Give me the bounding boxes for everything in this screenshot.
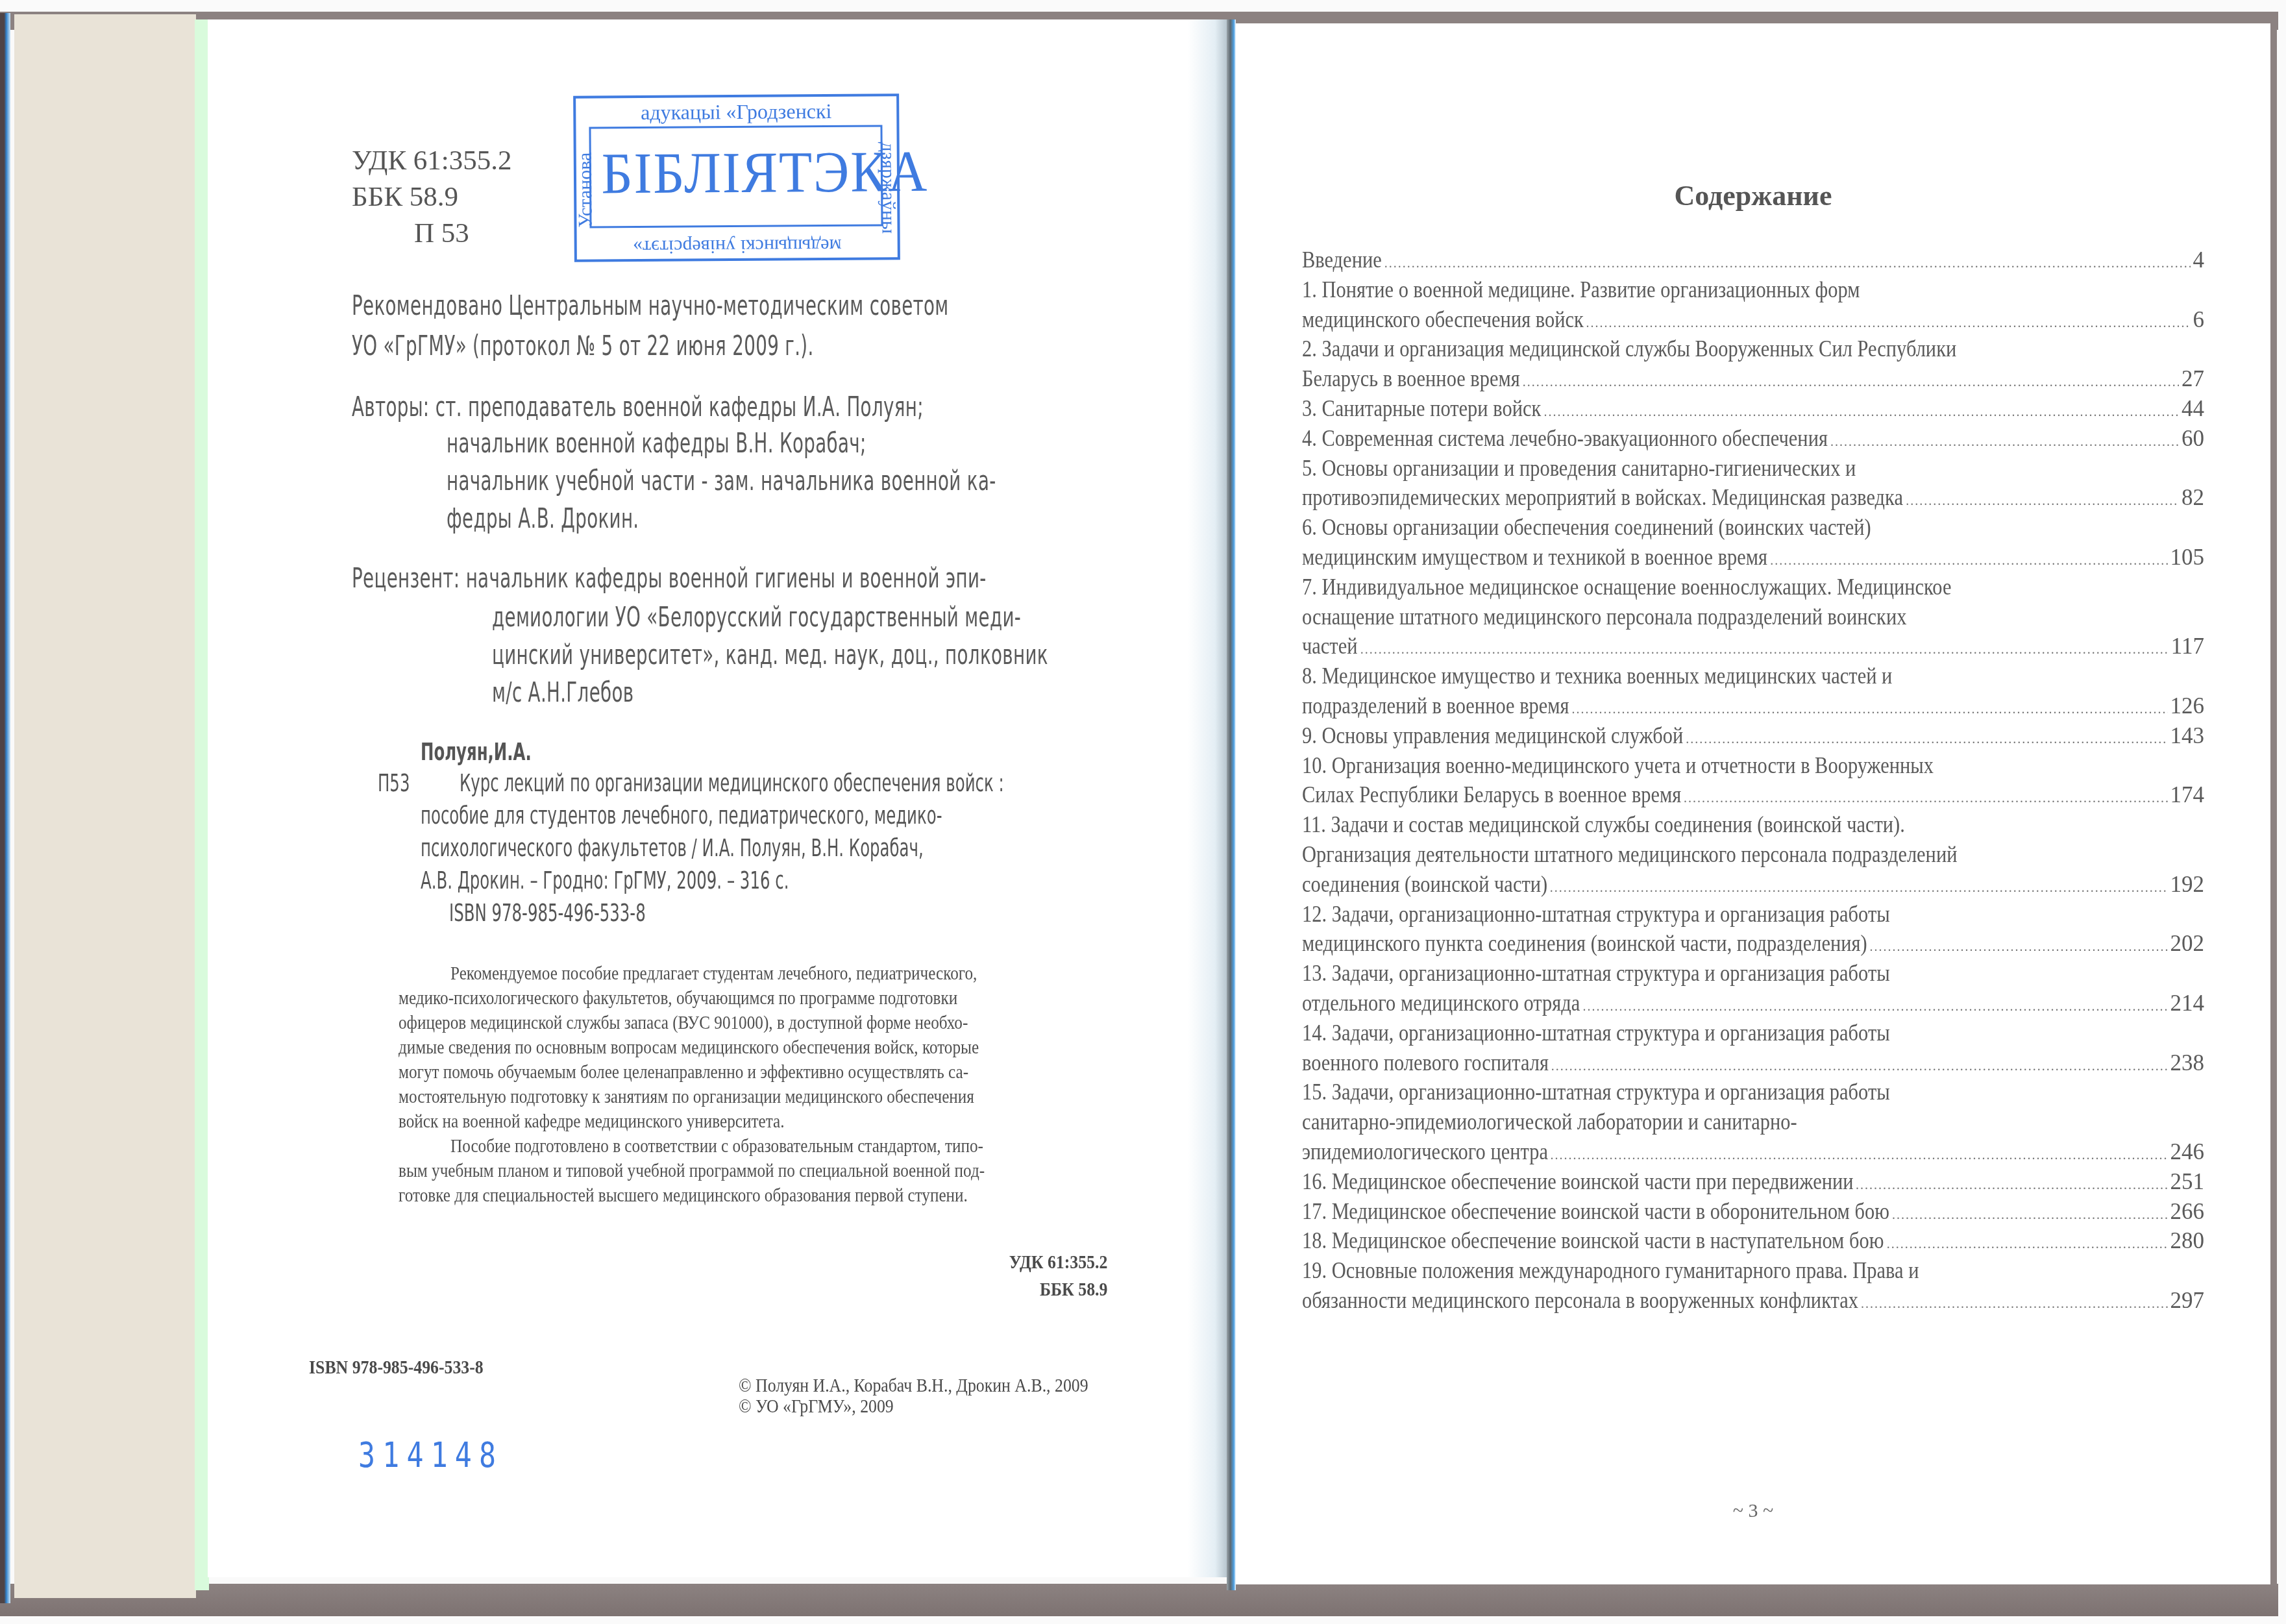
book-cover-spine bbox=[0, 13, 10, 1603]
toc-leader-dots bbox=[1861, 1297, 2168, 1312]
toc-entry: 4. Современная система лечебно-эвакуацио… bbox=[1302, 426, 2204, 456]
reviewer-line: м/с А.Н.Глебов bbox=[492, 672, 633, 713]
toc-entry: 7. Индивидуальное медицинское оснащение … bbox=[1302, 574, 2204, 663]
bottom-bbk: ББК 58.9 bbox=[1040, 1279, 1107, 1301]
book-spine bbox=[1227, 19, 1236, 1590]
toc-entry-text: 10. Организация военно-медицинского учет… bbox=[1302, 753, 1934, 779]
toc-entry-text: 4. Современная система лечебно-эвакуацио… bbox=[1302, 426, 1828, 452]
toc-page-number: 126 bbox=[2170, 693, 2205, 719]
toc-entry-text: 19. Основные положения международного гу… bbox=[1302, 1258, 1919, 1284]
reviewer-line: демиологии УО «Белорусский государственн… bbox=[492, 597, 1021, 637]
toc-leader-dots bbox=[1869, 940, 2167, 955]
toc-entry-text: военного полевого госпиталя bbox=[1302, 1050, 1549, 1076]
scanner-shadow-bottom bbox=[0, 1584, 2278, 1616]
authors-line: начальник учебной части - зам. начальник… bbox=[447, 461, 996, 501]
stamp-top-text: адукацыі «Гродзенскі bbox=[576, 99, 896, 125]
bib-line: психологического факультетов / И.А. Полу… bbox=[421, 831, 924, 866]
toc-line: соединения (воинской части)192 bbox=[1302, 872, 2204, 902]
toc-page-number: 266 bbox=[2170, 1199, 2205, 1225]
abstract-line: мостоятельную подготовку к занятиям по о… bbox=[399, 1084, 974, 1109]
toc-entry-text: Беларусь в военное время bbox=[1302, 366, 1520, 392]
bib-mark: П53 bbox=[378, 766, 410, 801]
bib-line: Курс лекций по организации медицинского … bbox=[460, 766, 1004, 801]
toc-page-number: 117 bbox=[2171, 634, 2204, 659]
toc-line: 15. Задачи, организационно-штатная струк… bbox=[1302, 1079, 2204, 1109]
toc-entry-text: санитарно-эпидемиологической лаборатории… bbox=[1302, 1109, 1797, 1135]
toc-entry-text: 14. Задачи, организационно-штатная струк… bbox=[1302, 1020, 1890, 1046]
toc-entry-text: 7. Индивидуальное медицинское оснащение … bbox=[1302, 574, 1951, 600]
bib-isbn: ISBN 978-985-496-533-8 bbox=[449, 896, 646, 931]
toc-entry-text: соединения (воинской части) bbox=[1302, 872, 1547, 898]
toc-entry-text: 1. Понятие о военной медицине. Развитие … bbox=[1302, 277, 1860, 303]
scanner-shadow-right bbox=[2270, 12, 2277, 1595]
toc-leader-dots bbox=[1572, 702, 2168, 717]
abstract-line: вым учебным планом и типовой учебной про… bbox=[399, 1158, 985, 1183]
toc-entry-text: 11. Задачи и состав медицинской службы с… bbox=[1302, 812, 1905, 838]
abstract-line: офицеров медицинской службы запаса (ВУС … bbox=[399, 1010, 968, 1035]
toc-page-number: 60 bbox=[2182, 426, 2204, 452]
toc-entry-text: 18. Медицинское обеспечение воинской час… bbox=[1302, 1228, 1884, 1254]
toc-leader-dots bbox=[1550, 881, 2168, 896]
toc-line: 19. Основные положения международного гу… bbox=[1302, 1258, 2204, 1288]
toc-line: 8. Медицинское имущество и техника военн… bbox=[1302, 663, 2204, 693]
abstract-line: Пособие подготовлено в соответствии с об… bbox=[450, 1133, 983, 1159]
toc-leader-dots bbox=[1551, 1148, 2168, 1163]
toc-entry-text: Введение bbox=[1302, 247, 1382, 273]
toc-title: Содержание bbox=[1236, 179, 2270, 212]
stamp-inner-frame: БІБЛІЯТЭКА bbox=[589, 125, 883, 228]
toc-line: отдельного медицинского отряда214 bbox=[1302, 990, 2204, 1020]
recommendation-line: Рекомендовано Центральным научно-методич… bbox=[352, 286, 949, 326]
reviewer-line: цинский университет», канд. мед. наук, д… bbox=[492, 635, 1048, 675]
toc-entry: 18. Медицинское обеспечение воинской час… bbox=[1302, 1228, 2204, 1258]
reviewer-line: Рецензент: начальник кафедры военной гиг… bbox=[352, 558, 987, 598]
toc-line: Введение4 bbox=[1302, 247, 2204, 277]
toc-leader-dots bbox=[1583, 1000, 2168, 1015]
toc-entry-text: медицинского пункта соединения (воинской… bbox=[1302, 931, 1867, 957]
bib-line: пособие для студентов лечебного, педиатр… bbox=[421, 798, 942, 833]
toc-line: медицинского пункта соединения (воинской… bbox=[1302, 931, 2204, 961]
library-stamp: адукацыі «Гродзенскі БІБЛІЯТЭКА Установа… bbox=[573, 93, 900, 262]
bib-author-heading: Полуян,И.А. bbox=[421, 735, 532, 770]
stamp-bottom-text: медыцынскі універсітэт» bbox=[577, 234, 898, 258]
toc-entry-text: 17. Медицинское обеспечение воинской час… bbox=[1302, 1199, 1889, 1225]
toc-leader-dots bbox=[1586, 316, 2190, 331]
toc-line: 9. Основы управления медицинской службой… bbox=[1302, 723, 2204, 753]
abstract-line: войск на военной кафедре медицинского ун… bbox=[399, 1109, 785, 1134]
toc-entry: Введение4 bbox=[1302, 247, 2204, 277]
toc-line: 11. Задачи и состав медицинской службы с… bbox=[1302, 812, 2204, 842]
abstract-line: готовке для специальностей высшего медиц… bbox=[399, 1183, 968, 1208]
toc-page-number: 174 bbox=[2170, 782, 2205, 808]
toc-line: санитарно-эпидемиологической лаборатории… bbox=[1302, 1109, 2204, 1139]
toc-line: медицинским имуществом и техникой в воен… bbox=[1302, 545, 2204, 574]
toc-entry: 9. Основы управления медицинской службой… bbox=[1302, 723, 2204, 753]
toc-line: 14. Задачи, организационно-штатная струк… bbox=[1302, 1020, 2204, 1050]
toc-entry: 19. Основные положения международного гу… bbox=[1302, 1258, 2204, 1318]
toc-leader-dots bbox=[1384, 256, 2191, 271]
toc-leader-dots bbox=[1544, 405, 2179, 420]
author-mark: П 53 bbox=[414, 215, 469, 252]
toc-line: медицинского обеспечения войск6 bbox=[1302, 307, 2204, 337]
toc-line: 4. Современная система лечебно-эвакуацио… bbox=[1302, 426, 2204, 456]
toc-leader-dots bbox=[1887, 1237, 2168, 1252]
bib-line: А.В. Дрокин. – Гродно: ГрГМУ, 2009. – 31… bbox=[421, 863, 789, 898]
toc-page-number: 246 bbox=[2170, 1139, 2205, 1165]
copyright-line: © Полуян И.А., Корабач В.Н., Дрокин А.В.… bbox=[739, 1375, 1088, 1397]
toc-entry: 15. Задачи, организационно-штатная струк… bbox=[1302, 1079, 2204, 1168]
toc-line: эпидемиологического центра246 bbox=[1302, 1139, 2204, 1169]
copyright-line: © УО «ГрГМУ», 2009 bbox=[739, 1396, 894, 1418]
toc-entry: 11. Задачи и состав медицинской службы с… bbox=[1302, 812, 2204, 901]
toc-entry: 5. Основы организации и проведения санит… bbox=[1302, 456, 2204, 515]
toc-entry-text: 16. Медицинское обеспечение воинской час… bbox=[1302, 1169, 1854, 1195]
toc-page-number: 27 bbox=[2182, 366, 2204, 392]
toc-leader-dots bbox=[1360, 643, 2169, 658]
abstract-line: могут помочь обучаемым более целенаправл… bbox=[399, 1059, 968, 1085]
toc-line: 2. Задачи и организация медицинской служ… bbox=[1302, 336, 2204, 366]
toc-entry-text: 5. Основы организации и проведения санит… bbox=[1302, 456, 1856, 482]
toc-line: 16. Медицинское обеспечение воинской час… bbox=[1302, 1169, 2204, 1199]
toc-leader-dots bbox=[1856, 1178, 2167, 1193]
toc-page-number: 280 bbox=[2170, 1228, 2205, 1254]
toc-entry-text: медицинским имуществом и техникой в воен… bbox=[1302, 545, 1767, 571]
toc-leader-dots bbox=[1686, 732, 2167, 747]
abstract-line: димые сведения по основным вопросам меди… bbox=[399, 1035, 979, 1060]
toc-line: 5. Основы организации и проведения санит… bbox=[1302, 456, 2204, 486]
toc-page-number: 6 bbox=[2193, 307, 2205, 333]
toc-page-number: 238 bbox=[2170, 1050, 2205, 1076]
abstract-line: медико-психологического факультетов, обу… bbox=[399, 985, 957, 1011]
toc-leader-dots bbox=[1770, 554, 2167, 569]
toc-line: 17. Медицинское обеспечение воинской час… bbox=[1302, 1199, 2204, 1229]
toc-page-number: 202 bbox=[2170, 931, 2205, 957]
toc-entry: 3. Санитарные потери войск44 bbox=[1302, 396, 2204, 426]
toc-entry-text: 15. Задачи, организационно-штатная струк… bbox=[1302, 1079, 1890, 1105]
toc-line: частей117 bbox=[1302, 634, 2204, 663]
toc-page-number: 297 bbox=[2170, 1288, 2205, 1314]
toc-page-number: 214 bbox=[2170, 990, 2205, 1016]
toc-page-number: 44 bbox=[2182, 396, 2204, 422]
bottom-isbn: ISBN 978-985-496-533-8 bbox=[309, 1357, 484, 1379]
toc-entry: 14. Задачи, организационно-штатная струк… bbox=[1302, 1020, 2204, 1080]
toc-line: 1. Понятие о военной медицине. Развитие … bbox=[1302, 277, 2204, 307]
toc-line: 7. Индивидуальное медицинское оснащение … bbox=[1302, 574, 2204, 604]
toc-line: подразделений в военное время126 bbox=[1302, 693, 2204, 723]
toc-entry: 12. Задачи, организационно-штатная струк… bbox=[1302, 902, 2204, 961]
stamp-title: БІБЛІЯТЭКА bbox=[601, 139, 870, 208]
toc-line: 18. Медицинское обеспечение воинской час… bbox=[1302, 1228, 2204, 1258]
toc-entry-text: отдельного медицинского отряда bbox=[1302, 990, 1580, 1016]
toc-entry-text: 8. Медицинское имущество и техника военн… bbox=[1302, 663, 1892, 689]
flyleaf-edge bbox=[195, 19, 209, 1590]
toc-line: противоэпидемических мероприятий в войск… bbox=[1302, 485, 2204, 515]
toc-entry-text: частей bbox=[1302, 634, 1357, 659]
toc-line: военного полевого госпиталя238 bbox=[1302, 1050, 2204, 1080]
right-page: Содержание Введение41. Понятие о военной… bbox=[1236, 23, 2270, 1584]
authors-line: Авторы: ст. преподаватель военной кафедр… bbox=[352, 387, 924, 427]
toc-line: 10. Организация военно-медицинского учет… bbox=[1302, 753, 2204, 783]
toc-entry: 2. Задачи и организация медицинской служ… bbox=[1302, 336, 2204, 396]
toc-entry-text: эпидемиологического центра bbox=[1302, 1139, 1548, 1165]
toc-entry-text: 6. Основы организации обеспечения соедин… bbox=[1302, 515, 1871, 541]
toc-leader-dots bbox=[1684, 791, 2168, 806]
toc-leader-dots bbox=[1906, 494, 2179, 509]
toc-line: Силах Республики Беларусь в военное врем… bbox=[1302, 782, 2204, 812]
toc-leader-dots bbox=[1830, 435, 2179, 450]
toc-line: 3. Санитарные потери войск44 bbox=[1302, 396, 2204, 426]
toc-entry-text: 9. Основы управления медицинской службой bbox=[1302, 723, 1683, 749]
toc-entry-text: 13. Задачи, организационно-штатная струк… bbox=[1302, 961, 1890, 987]
toc-entry: 8. Медицинское имущество и техника военн… bbox=[1302, 663, 2204, 723]
recommendation-line: УО «ГрГМУ» (протокол № 5 от 22 июня 2009… bbox=[352, 326, 814, 366]
toc-page-number: 105 bbox=[2170, 545, 2205, 571]
toc-page-number: 251 bbox=[2170, 1169, 2205, 1195]
toc-entry: 17. Медицинское обеспечение воинской час… bbox=[1302, 1199, 2204, 1229]
toc-entry-text: 2. Задачи и организация медицинской служ… bbox=[1302, 336, 1956, 362]
toc-page-number: 4 bbox=[2193, 247, 2205, 273]
toc-line: Беларусь в военное время27 bbox=[1302, 366, 2204, 396]
toc-entry: 13. Задачи, организационно-штатная струк… bbox=[1302, 961, 2204, 1020]
toc-line: обязанности медицинского персонала в воо… bbox=[1302, 1288, 2204, 1318]
toc-entry-text: 3. Санитарные потери войск bbox=[1302, 396, 1541, 422]
toc-page-number: 82 bbox=[2182, 485, 2204, 511]
toc-entry-text: Организация деятельности штатного медици… bbox=[1302, 842, 1957, 868]
toc-page-number: 143 bbox=[2170, 723, 2205, 749]
page-gutter-shadow bbox=[1188, 19, 1227, 1577]
table-of-contents: Введение41. Понятие о военной медицине. … bbox=[1302, 247, 2204, 1318]
toc-entry: 16. Медицинское обеспечение воинской час… bbox=[1302, 1169, 2204, 1199]
toc-entry-text: медицинского обеспечения войск bbox=[1302, 307, 1584, 333]
toc-leader-dots bbox=[1551, 1059, 2168, 1074]
authors-line: федры А.В. Дрокин. bbox=[447, 498, 639, 539]
book-cover-edge bbox=[14, 14, 196, 1598]
left-page: УДК 61:355.2 ББК 58.9 П 53 адукацыі «Гро… bbox=[208, 19, 1227, 1577]
toc-entry-text: обязанности медицинского персонала в воо… bbox=[1302, 1288, 1858, 1314]
toc-entry-text: 12. Задачи, организационно-штатная струк… bbox=[1302, 902, 1890, 928]
toc-line: 6. Основы организации обеспечения соедин… bbox=[1302, 515, 2204, 545]
abstract-line: Рекомендуемое пособие предлагает студент… bbox=[450, 961, 977, 986]
page-number: ~ 3 ~ bbox=[1236, 1500, 2270, 1522]
toc-entry: 1. Понятие о военной медицине. Развитие … bbox=[1302, 277, 2204, 337]
toc-line: 12. Задачи, организационно-штатная струк… bbox=[1302, 902, 2204, 931]
udk-code: УДК 61:355.2 bbox=[352, 143, 512, 179]
toc-leader-dots bbox=[1523, 375, 2179, 390]
toc-page-number: 192 bbox=[2170, 872, 2205, 898]
toc-entry: 10. Организация военно-медицинского учет… bbox=[1302, 753, 2204, 813]
toc-line: 13. Задачи, организационно-штатная струк… bbox=[1302, 961, 2204, 990]
toc-entry: 6. Основы организации обеспечения соедин… bbox=[1302, 515, 2204, 574]
bbk-code: ББК 58.9 bbox=[352, 179, 458, 215]
toc-entry-text: Силах Республики Беларусь в военное врем… bbox=[1302, 782, 1681, 808]
bottom-udk: УДК 61:355.2 bbox=[1009, 1251, 1107, 1273]
toc-line: Организация деятельности штатного медици… bbox=[1302, 842, 2204, 872]
inventory-number-stamp: 314148 bbox=[358, 1434, 503, 1475]
authors-line: начальник военной кафедры В.Н. Корабач; bbox=[447, 423, 866, 463]
toc-entry-text: оснащение штатного медицинского персонал… bbox=[1302, 604, 1906, 630]
toc-line: оснащение штатного медицинского персонал… bbox=[1302, 604, 2204, 634]
toc-entry-text: подразделений в военное время bbox=[1302, 693, 1569, 719]
toc-leader-dots bbox=[1892, 1208, 2167, 1223]
toc-entry-text: противоэпидемических мероприятий в войск… bbox=[1302, 485, 1903, 511]
